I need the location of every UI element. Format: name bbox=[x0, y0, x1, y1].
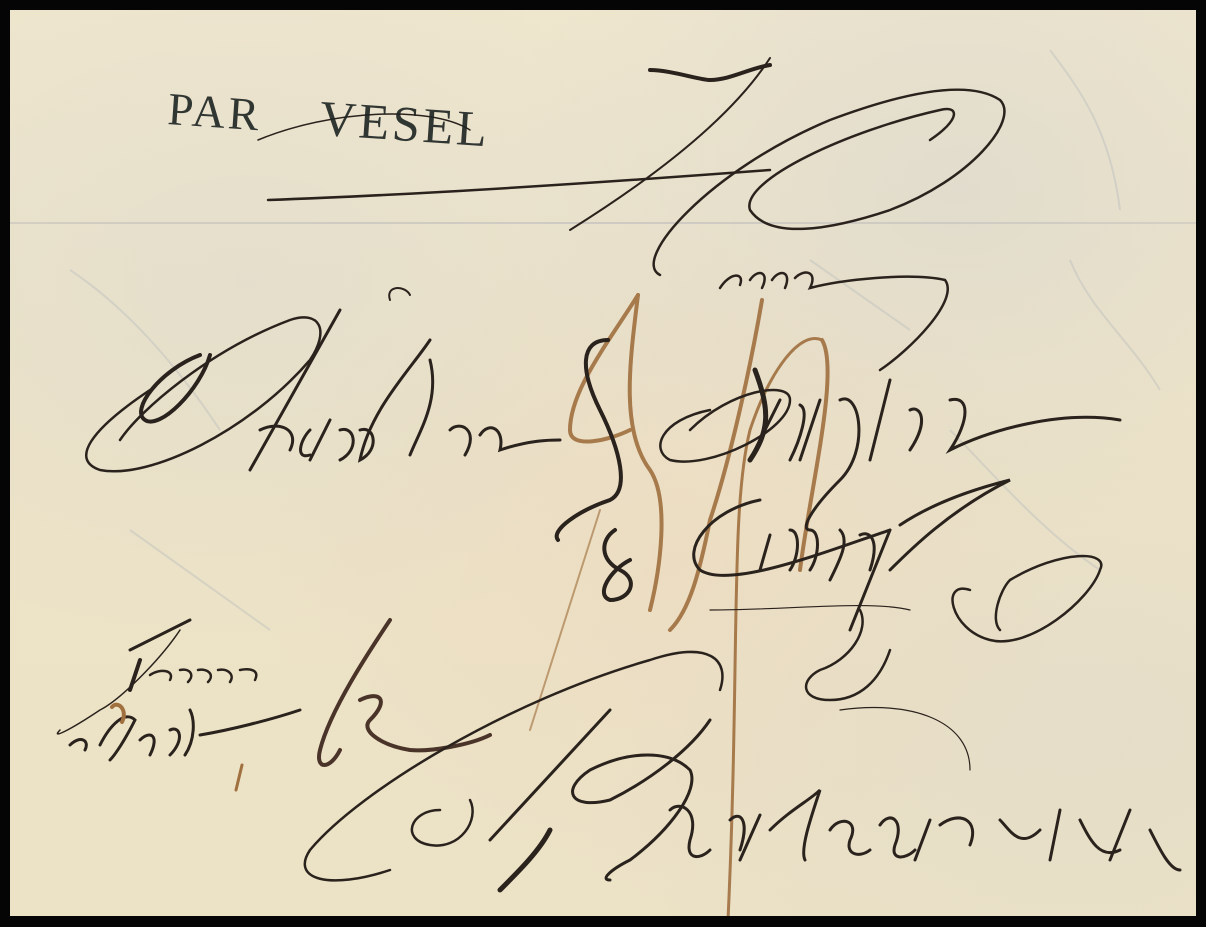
letter-paper: PARVESEL Herren Schröder & Schuyler & Co… bbox=[10, 10, 1196, 916]
scan-border: PARVESEL Herren Schröder & Schuyler & Co… bbox=[0, 0, 1206, 927]
postmark-line2: VESEL bbox=[318, 90, 492, 158]
handwriting-layer bbox=[10, 10, 1196, 916]
postmark-line1: PAR bbox=[166, 83, 264, 140]
